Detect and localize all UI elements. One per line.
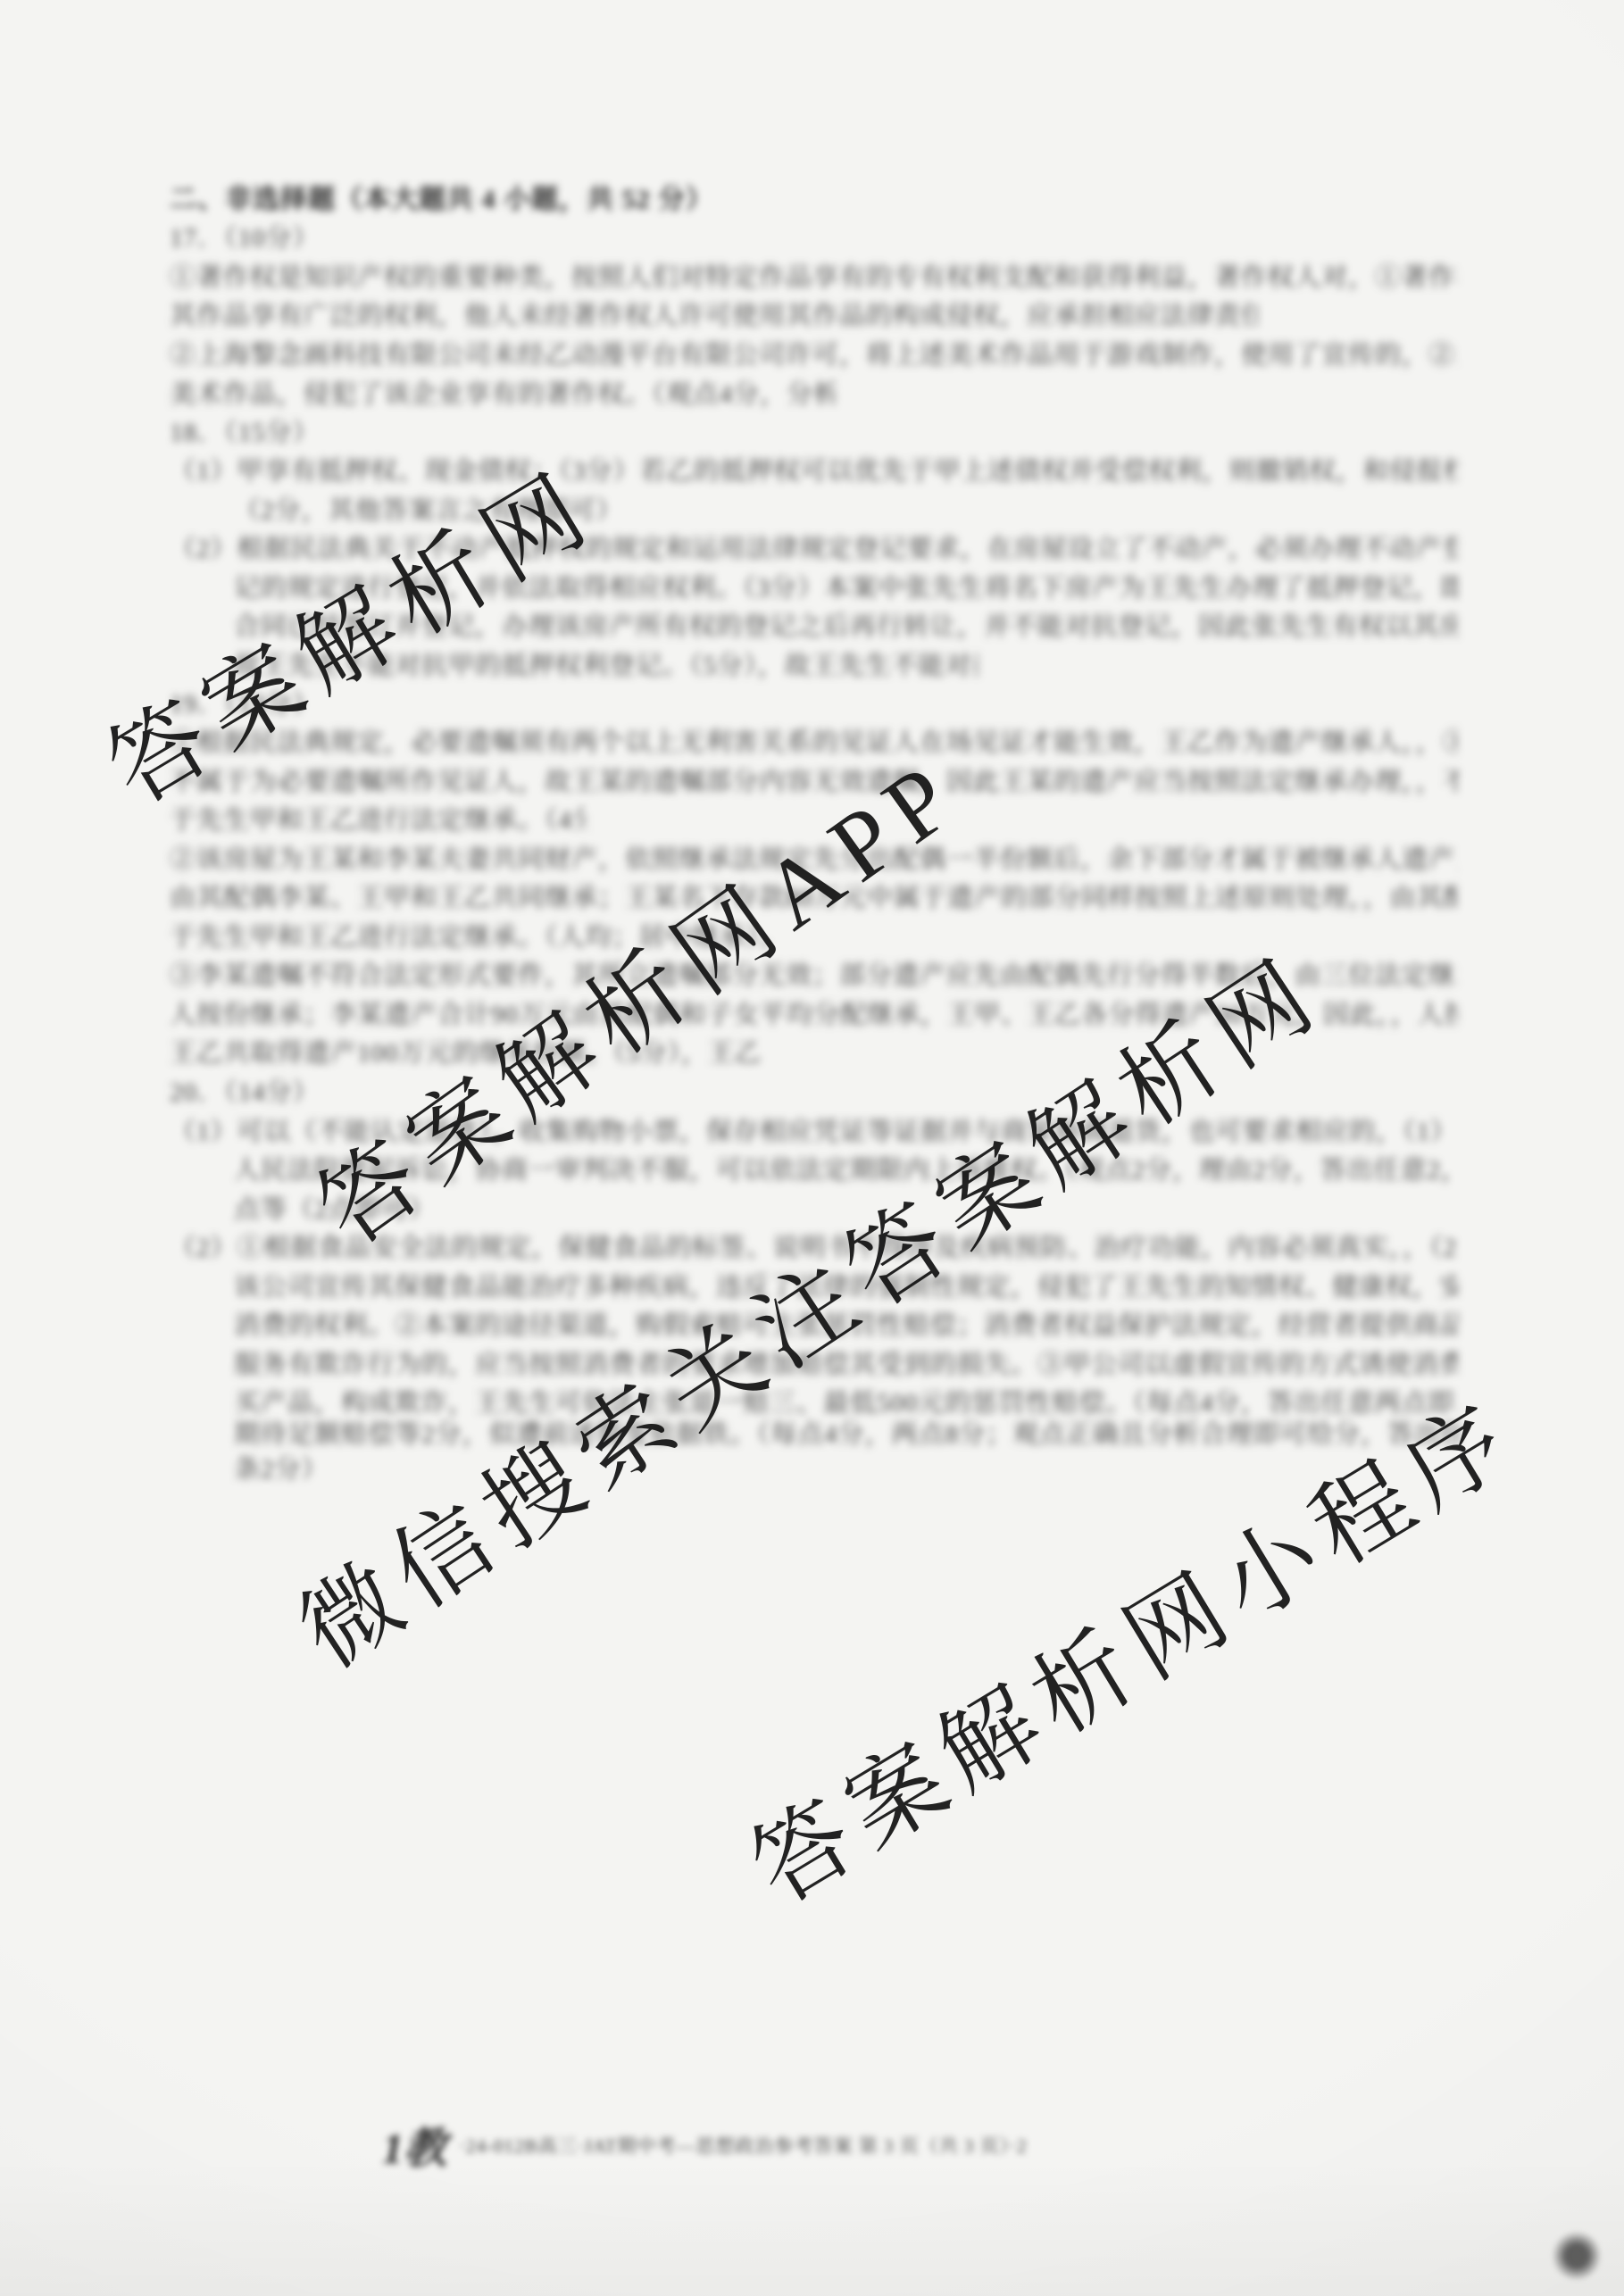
blurred-answer-line: 由其配偶李某、王甲和王乙共同继承；王某名下存款80万元中属于遗产的部分同样按照上… <box>170 884 1458 919</box>
blurred-answer-line: ②该房屋为王某和李某夫妻共同财产，依照继承法规定先分出配偶一半份额后，余下部分才… <box>170 845 1458 881</box>
blurred-answer-line: 于先生甲和王乙进行法定继承。（人均；居中继承）。（4分），于先生甲和王乙进行法定… <box>170 923 777 959</box>
question-label: 17．（10分） <box>170 224 320 260</box>
blurred-answer-line: 消费的权利。②本案的途径渠道，购假索赔可主张惩罚性赔偿；消费者权益保护法规定，经… <box>234 1311 1458 1347</box>
blurred-answer-line: 不属于为必要遗嘱所作见证人，故王某的遗嘱部分内容无效遗嘱，因此王某的遗产应当按照… <box>170 768 1458 803</box>
scanned-answer-page: 二、非选择题（本大题共 4 小题，共 52 分）17．（10分）①著作权是知识产… <box>0 0 1624 2296</box>
blurred-answer-line: 于先生甲和王乙进行法定继承。（4分），于先生甲和王乙进行法定继承。（4分），于先… <box>170 806 587 842</box>
blurred-answer-line: 买产品，构成欺诈，王先生可依法主张退一赔三、最低500元的惩罚性赔偿。（每点4分… <box>234 1389 1458 1425</box>
footer-text: ·24-012B高三·JAT期中考—思想政治参考答案 第 3 页（共 3 页）·… <box>459 2132 1025 2159</box>
blurred-answer-line: （1）可以（不能认定退货）。收集购物小票，保存相应凭证等证据并与商家协商退货，也… <box>170 1118 1458 1153</box>
question-label: 20．（14分） <box>170 1078 320 1114</box>
blurred-answer-line: 点等（2点即可） <box>234 1195 436 1231</box>
page-footer: 1教·24-012B高三·JAT期中考—思想政治参考答案 第 3 页（共 3 页… <box>382 2114 1025 2176</box>
blurred-answer-line: 该公司宣传其保健食品能治疗多种疾病，违反了法律的强制性规定，侵犯了王先生的知情权… <box>234 1273 1458 1309</box>
footer-logo: 1教 <box>382 2114 446 2175</box>
question-label: 18．（15分） <box>170 419 320 454</box>
blurred-answer-line: 条2分） <box>234 1455 329 1491</box>
blurred-answer-line: 合同已经签订并登记，办理该房产所有权的登记之后再行转让，并不能对抗登记，因此张先… <box>234 612 1458 648</box>
blurred-answer-line: 服务有欺诈行为的，应当按照消费者的要求增加赔偿其受到的损失。③甲公司以虚假宣传的… <box>234 1351 1458 1386</box>
blurred-answer-line: 期待足额赔偿等2分，似遭前述裂变依据铁。（每点4分，两点8分；观点正确且分析合理… <box>234 1420 1458 1456</box>
blurred-answer-line: ②上海黎念画科技有限公司未经乙动漫平台有限公司许可，将上述美术作品用于游戏制作，… <box>170 341 1458 377</box>
blurred-answer-line: （1）甲享有抵押权、现金债权；（3分）若乙的抵押权可以优先于甲上述债权并受偿权利… <box>170 457 1458 493</box>
blurred-answer-line: 故王先生不能对抗甲的抵押权利登记。（5分），故王先生不能对抗甲的抵押权利登记。（… <box>234 652 978 687</box>
blurred-answer-line: 其作品享有广泛的权利，他人未经著作权人许可使用其作品的构成侵权，应承担相应法律责… <box>170 302 1257 337</box>
blurred-answer-line: 王乙共取得遗产100万元的继承份额。（5分），王乙共取得遗产100万元的继承份额… <box>170 1039 759 1075</box>
blurred-answer-line: ①著作权是知识产权的重要种类，按照人们对特定作品享有的专有权利支配和获得利益，著… <box>170 263 1458 299</box>
blurred-answer-line: 美术作品，侵犯了该企业享有的著作权。（观点4分，分析6分），美术作品，侵犯了该企… <box>170 380 835 416</box>
section-header: 二、非选择题（本大题共 4 小题，共 52 分） <box>170 186 713 221</box>
blurred-answer-line: ①根据民法典规定，必要遗嘱须有两个以上无利害关系的见证人在场见证才能生效，王乙作… <box>170 728 1458 764</box>
blurred-answer-line: 人民法院提起诉讼，协商一审判决不服，可以依法定期限内上诉维权。（观点2分，理由2… <box>234 1156 1458 1192</box>
blurred-answer-line: ③李某遗嘱不符合法定形式要件，其所立遗嘱部分无效；部分遗产应先由配偶先行分得半数… <box>170 961 1458 997</box>
blurred-answer-line: （2）①根据食品安全法的规定，保健食品的标签、说明书不得涉及疾病预防、治疗功能，… <box>170 1234 1458 1269</box>
blurred-answer-line: （2）根据民法典关于不动产抵押权的规定和运用法律规定登记要求，在房屋设立了不动产… <box>170 535 1458 570</box>
blurred-answer-line: 人按份继承；李某遗产合计90万元由其配偶和子女平均分配继承，王甲、王乙各分得遗产… <box>170 1001 1458 1036</box>
question-label: 19．（13分） <box>170 690 320 726</box>
blurred-answer-line: 记的规定进行登记，并依法取得相应权利。（3分）本案中张先生将名下房产为王先生办理… <box>234 574 1458 610</box>
corner-smudge-mark <box>1551 2230 1603 2282</box>
blurred-answer-line: （2分，其他答案言之有理即可） <box>234 496 623 532</box>
